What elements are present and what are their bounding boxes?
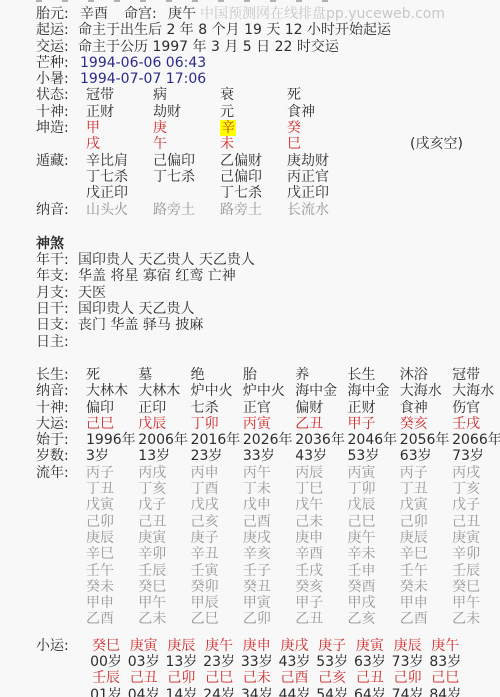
liunian-cell: 壬午 [400,563,428,579]
liunian-cell: 己亥 [191,514,219,530]
dayun-row-label: 长生: [36,367,69,383]
liunian-cell: 辛巳 [400,546,428,562]
xiaoyun-ganzhi-cell: 己未 [238,670,276,686]
shishen-cell: 劫财 [153,104,181,120]
four-pillars-section: 状态:冠带病衰死十神:正财劫财元食神坤造:甲庚辛癸戌午未巳(戌亥空)遁藏:辛比肩… [0,87,500,217]
jiaoyun-text: 命主于公历 1997 年 3 月 5 日 22 时交运 [78,39,339,55]
liunian-cell: 壬子 [243,563,271,579]
nayin-row: 纳音:山头火路旁土路旁土长流水 [0,202,500,218]
liunian-cell: 丁卯 [348,481,376,497]
liunian-cell: 丁巳 [295,481,323,497]
liunian-cell: 乙丑 [295,611,323,627]
duncang-row: 戊正印丁七杀戊正印 [0,185,500,201]
liunian-cell: 辛酉 [295,546,323,562]
dayun-cell: 正财 [348,400,376,416]
liunian-cell: 癸丑 [243,579,271,595]
liunian-cell: 壬申 [348,563,376,579]
shensha-text: 天医 [78,285,106,301]
liunian-cell: 戊午 [295,497,323,513]
liunian-cell: 戊申 [243,497,271,513]
liunian-row: 甲申甲午甲辰甲寅甲子甲戌甲申甲午 [0,595,500,611]
dayun-cell: 食神 [400,400,428,416]
shensha-row: 日支:丧门 华盖 驿马 披麻 [0,317,500,333]
liunian-cell: 辛巳 [86,546,114,562]
liunian-cell: 丙辰 [295,465,323,481]
zhuangtai-row-label: 状态: [36,87,69,103]
shensha-row-label: 月支: [36,285,69,301]
liunian-cell: 丙子 [86,465,114,481]
shensha-row: 日主: [0,334,500,350]
nayin-cell: 山头火 [86,202,128,218]
shensha-title: 神煞 [36,236,64,252]
xiaoyun-section: 小运:癸巳庚寅庚辰庚午庚申庚戌庚子庚寅庚辰庚午00岁03岁13岁23岁33岁43… [0,638,500,697]
liunian-cell: 乙酉 [86,611,114,627]
liunian-cell: 丁亥 [452,481,480,497]
shensha-row-label: 日干: [36,301,69,317]
zhuangtai-cell: 冠带 [86,87,114,103]
liunian-cell: 己未 [295,514,323,530]
shensha-title-row: 神煞 [0,236,500,252]
dayun-cell: 大林木 [86,383,128,399]
xiaoyun-row: 壬辰己丑己卯己巳己未己酉己亥己丑己卯己巳 [0,670,500,686]
dayun-cell: 正官 [243,400,271,416]
dayun-cell: 正印 [138,400,166,416]
xiaoyun-row: 小运:癸巳庚寅庚辰庚午庚申庚戌庚子庚寅庚辰庚午 [0,638,500,654]
xiaoshu-date: 1994-07-07 17:06 [80,71,206,87]
dayun-cell: 养 [295,367,309,383]
liunian-row: 壬午壬辰壬寅壬子壬戌壬申壬午壬辰 [0,563,500,579]
liunian-cell: 甲寅 [243,595,271,611]
shensha-text: 国印贵人 天乙贵人 [78,301,194,317]
liunian-cell: 庚寅 [452,530,480,546]
dayun-cell: 2026年 [243,432,293,448]
liunian-cell: 丁未 [243,481,271,497]
xiaoyun-row: 01岁04岁14岁24岁34岁44岁54岁64岁74岁84岁 [0,687,500,697]
xiaoyun-ganzhi-cell: 己巳 [200,670,238,686]
shensha-text: 丧门 华盖 驿马 披麻 [78,317,203,333]
liunian-cell: 乙酉 [400,611,428,627]
liunian-row: 己卯己丑己亥己酉己未己巳己卯己丑 [0,514,500,530]
xiaoyun-age-cell: 83岁 [426,654,464,670]
shensha-row: 日干:国印贵人 天乙贵人 [0,301,500,317]
shensha-row: 年干:国印贵人 天乙贵人 天乙贵人 [0,252,500,268]
liunian-cell: 丙戌 [452,465,480,481]
dayun-cell: 死 [86,367,100,383]
zhuangtai-row: 状态:冠带病衰死 [0,87,500,103]
minggong-value: 庚午 [168,6,196,22]
liunian-cell: 戊子 [452,497,480,513]
xiaoyun-age-cell: 43岁 [276,654,314,670]
liunian-cell: 乙未 [138,611,166,627]
xiaoyun-age-cell: 74岁 [389,687,427,697]
liunian-cell: 壬辰 [138,563,166,579]
shishen-row-label: 十神: [36,104,69,120]
dayun-cell: 63岁 [400,448,432,464]
mangzhong-label: 芒种: [36,55,69,71]
xiaoyun-ganzhi-cell: 庚辰 [389,638,427,654]
liunian-cell: 庚戌 [243,530,271,546]
branch-cell: 戌 [86,136,100,152]
dayun-cell: 23岁 [191,448,223,464]
liunian-row: 戊寅戊子戊戌戊申戊午戊辰戊寅戊子 [0,497,500,513]
duncang-cell: 己偏印 [220,169,262,185]
xiaoyun-age-cell: 24岁 [200,687,238,697]
duncang-cell: 乙偏财 [220,153,262,169]
xiaoyun-age-cell: 64岁 [351,687,389,697]
qiyun-row: 起运: 命主于出生后 2 年 8 个月 19 天 12 小时开始起运 [0,22,500,38]
minggong-label: 命宫: [124,6,157,22]
duncang-cell: 己偏印 [153,153,195,169]
dayun-cell: 73岁 [452,448,484,464]
duncang-row: 遁藏:辛比肩己偏印乙偏财庚劫财 [0,153,500,169]
dayun-cell: 冠带 [452,367,480,383]
dayun-section: 长生:死墓绝胎养长生沐浴冠带纳音:大林木大林木炉中火炉中火海中金海中金大海水大海… [0,367,500,628]
liunian-cell: 辛丑 [191,546,219,562]
branch-cell: 未 [220,136,234,152]
liunian-cell: 壬寅 [191,563,219,579]
liunian-cell: 甲申 [86,595,114,611]
liunian-cell: 庚寅 [138,530,166,546]
liunian-cell: 癸未 [400,579,428,595]
dayun-cell: 53岁 [348,448,380,464]
xiaoyun-ganzhi-cell: 庚申 [238,638,276,654]
liunian-cell: 己酉 [243,514,271,530]
liunian-cell: 壬辰 [452,563,480,579]
xiaoyun-ganzhi-cell: 癸巳 [87,638,125,654]
dayun-row: 大运:己巳戊辰丁卯丙寅乙丑甲子癸亥壬戌 [0,416,500,432]
qiyun-text: 命主于出生后 2 年 8 个月 19 天 12 小时开始起运 [78,22,391,38]
xiaoshu-label: 小暑: [36,71,69,87]
dayun-cell: 壬戌 [452,416,480,432]
xiaoyun-age-cell: 44岁 [276,687,314,697]
duncang-cell: 庚劫财 [287,153,329,169]
shishen-cell: 正财 [86,104,114,120]
xiaoyun-ganzhi-cell: 庚戌 [276,638,314,654]
dayun-cell: 胎 [243,367,257,383]
xiaoyun-age-cell: 84岁 [426,687,464,697]
dayun-row-label: 大运: [36,416,69,432]
xiaoyun-age-cell: 34岁 [238,687,276,697]
liunian-cell: 丙寅 [348,465,376,481]
shensha-row-label: 日支: [36,317,69,333]
xiaoyun-age-cell: 04岁 [125,687,163,697]
liunian-cell: 己卯 [400,514,428,530]
liunian-cell: 庚辰 [400,530,428,546]
zhuangtai-cell: 衰 [220,87,234,103]
dayun-row-label: 岁数: [36,448,69,464]
liunian-cell: 乙巳 [191,611,219,627]
dayun-cell: 海中金 [295,383,337,399]
xiaoyun-ganzhi-cell: 己酉 [276,670,314,686]
xiaoyun-age-cell: 00岁 [87,654,125,670]
branch-cell: 巳 [287,136,301,152]
xiaoyun-age-cell: 73岁 [389,654,427,670]
liunian-cell: 戊戌 [191,497,219,513]
dayun-cell: 戊辰 [138,416,166,432]
dayun-cell: 大海水 [400,383,442,399]
liunian-cell: 庚申 [295,530,323,546]
liunian-cell: 辛未 [348,546,376,562]
liunian-cell: 丙子 [400,465,428,481]
liunian-cell: 己卯 [86,514,114,530]
xiaoyun-ganzhi-cell: 庚子 [313,638,351,654]
zhuangtai-cell: 病 [153,87,167,103]
dayun-cell: 33岁 [243,448,275,464]
nayin-row-label: 纳音: [36,202,69,218]
xiaoyun-ganzhi-cell: 庚辰 [162,638,200,654]
clipped-row-remnant [36,0,336,2]
dayun-cell: 沐浴 [400,367,428,383]
taiyuan-minggong-row: 胎元: 辛酉 命宫: 庚午 中国预测网在线排盘pp.yuceweb.com [0,6,500,22]
xiaoyun-age-cell: 01岁 [87,687,125,697]
liunian-row: 癸未癸巳癸卯癸丑癸亥癸酉癸未癸巳 [0,579,500,595]
duncang-cell: 丙正官 [287,169,329,185]
liunian-cell: 壬午 [86,563,114,579]
stem-cell: 甲 [86,120,100,136]
nayin-cell: 路旁土 [220,202,262,218]
dayun-row-label: 纳音: [36,383,69,399]
liunian-cell: 甲子 [295,595,323,611]
liunian-cell: 庚子 [191,530,219,546]
jiaoyun-label: 交运: [36,39,69,55]
liunian-cell: 己丑 [452,514,480,530]
duncang-cell: 戊正印 [287,185,329,201]
liunian-cell: 戊辰 [348,497,376,513]
liunian-row: 庚辰庚寅庚子庚戌庚申庚午庚辰庚寅 [0,530,500,546]
xiaoyun-ganzhi-cell: 己丑 [125,670,163,686]
dayun-cell: 2016年 [191,432,241,448]
xiaoyun-age-cell: 14岁 [162,687,200,697]
dayun-cell: 大林木 [138,383,180,399]
xiaoyun-ganzhi-cell: 己卯 [389,670,427,686]
xiaoyun-age-cell: 33岁 [238,654,276,670]
liunian-cell: 戊子 [138,497,166,513]
kunzao-stems-row-label: 坤造: [36,120,69,136]
site-watermark: 中国预测网在线排盘pp.yuceweb.com [200,6,445,22]
liunian-row-label: 流年: [36,465,69,481]
duncang-row: 丁七杀丁七杀己偏印丙正官 [0,169,500,185]
kunzao-branches-row: 戌午未巳(戌亥空) [0,136,500,152]
dayun-cell: 2056年 [400,432,450,448]
mangzhong-date: 1994-06-06 06:43 [80,55,206,71]
liunian-cell: 甲辰 [191,595,219,611]
shishen-cell: 元 [220,104,234,120]
liunian-cell: 甲午 [138,595,166,611]
dayun-cell: 七杀 [191,400,219,416]
shensha-row-label: 年干: [36,252,69,268]
liunian-cell: 丁酉 [191,481,219,497]
dayun-cell: 2006年 [138,432,188,448]
liunian-cell: 丙申 [191,465,219,481]
xiaoyun-age-cell: 13岁 [162,654,200,670]
dayun-cell: 乙丑 [295,416,323,432]
liunian-cell: 丁亥 [138,481,166,497]
xiaoyun-ganzhi-cell: 己亥 [313,670,351,686]
xiaoyun-ganzhi-cell: 己卯 [162,670,200,686]
liunian-cell: 乙亥 [348,611,376,627]
dayun-cell: 丁卯 [191,416,219,432]
dayun-row-label: 十神: [36,400,69,416]
xiaoyun-ganzhi-cell: 庚寅 [351,638,389,654]
dayun-row: 岁数:3岁13岁23岁33岁43岁53岁63岁73岁 [0,448,500,464]
xiaoyun-age-cell: 54岁 [313,687,351,697]
dayun-cell: 海中金 [348,383,390,399]
liunian-row: 辛巳辛卯辛丑辛亥辛酉辛未辛巳辛卯 [0,546,500,562]
xiaoyun-age-cell: 03岁 [125,654,163,670]
xiaoyun-age-cell: 23岁 [200,654,238,670]
dayun-cell: 2046年 [348,432,398,448]
dayun-cell: 伤官 [452,400,480,416]
liunian-cell: 甲申 [400,595,428,611]
xiaoyun-age-cell: 53岁 [313,654,351,670]
dayun-cell: 墓 [138,367,152,383]
dayun-cell: 甲子 [348,416,376,432]
dayun-cell: 己巳 [86,416,114,432]
liunian-cell: 甲戌 [348,595,376,611]
dayun-cell: 43岁 [295,448,327,464]
stem-cell: 辛 [220,120,236,136]
duncang-cell: 丁七杀 [153,169,195,185]
dayun-row-label: 始于: [36,432,69,448]
xiaoyun-ganzhi-cell: 庚午 [426,638,464,654]
kongwang-note: (戌亥空) [410,136,463,152]
xiaoshu-row: 小暑: 1994-07-07 17:06 [0,71,500,87]
duncang-row-label: 遁藏: [36,153,69,169]
shensha-row-label: 日主: [36,334,69,350]
xiaoyun-ganzhi-cell: 壬辰 [87,670,125,686]
liunian-cell: 丙午 [243,465,271,481]
xiaoyun-ganzhi-cell: 庚午 [200,638,238,654]
duncang-cell: 辛比肩 [86,153,128,169]
duncang-cell: 丁七杀 [220,185,262,201]
shensha-text: 华盖 将星 寡宿 红鸾 亡神 [78,268,236,284]
liunian-cell: 癸亥 [295,579,323,595]
branch-cell: 午 [153,136,167,152]
jiaoyun-row: 交运: 命主于公历 1997 年 3 月 5 日 22 时交运 [0,39,500,55]
bazi-chart-page: 胎元: 辛酉 命宫: 庚午 中国预测网在线排盘pp.yuceweb.com 起运… [0,0,500,697]
dayun-row: 纳音:大林木大林木炉中火炉中火海中金海中金大海水大海水 [0,383,500,399]
liunian-cell: 丙戌 [138,465,166,481]
shishen-row: 十神:正财劫财元食神 [0,104,500,120]
liunian-cell: 乙卯 [243,611,271,627]
liunian-cell: 辛卯 [138,546,166,562]
liunian-cell: 壬戌 [295,563,323,579]
dayun-cell: 2036年 [295,432,345,448]
xiaoyun-ganzhi-cell: 己丑 [351,670,389,686]
dayun-cell: 丙寅 [243,416,271,432]
liunian-cell: 己丑 [138,514,166,530]
liunian-cell: 丁丑 [86,481,114,497]
liunian-cell: 甲午 [452,595,480,611]
dayun-cell: 13岁 [138,448,170,464]
kunzao-stems-row: 坤造:甲庚辛癸 [0,120,500,136]
dayun-cell: 绝 [191,367,205,383]
liunian-cell: 庚午 [348,530,376,546]
dayun-cell: 偏印 [86,400,114,416]
dayun-cell: 大海水 [452,383,494,399]
nayin-cell: 路旁土 [153,202,195,218]
dayun-cell: 偏财 [295,400,323,416]
liunian-cell: 丁丑 [400,481,428,497]
stem-cell: 癸 [287,120,301,136]
liunian-cell: 癸酉 [348,579,376,595]
liunian-cell: 癸巳 [452,579,480,595]
dayun-cell: 长生 [348,367,376,383]
dayun-cell: 1996年 [86,432,136,448]
dayun-cell: 炉中火 [243,383,285,399]
shensha-section: 神煞 年干:国印贵人 天乙贵人 天乙贵人年支:华盖 将星 寡宿 红鸾 亡神月支:… [0,236,500,350]
liunian-row: 乙酉乙未乙巳乙卯乙丑乙亥乙酉乙未 [0,611,500,627]
shensha-rows: 年干:国印贵人 天乙贵人 天乙贵人年支:华盖 将星 寡宿 红鸾 亡神月支:天医日… [0,252,500,350]
liunian-cell: 戊寅 [400,497,428,513]
xiaoyun-ganzhi-cell: 庚寅 [125,638,163,654]
dayun-cell: 炉中火 [191,383,233,399]
xiaoyun-row-label: 小运: [36,638,69,654]
shensha-text: 国印贵人 天乙贵人 天乙贵人 [78,252,255,268]
qiyun-label: 起运: [36,22,69,38]
taiyuan-label: 胎元: [36,6,69,22]
liunian-cell: 庚辰 [86,530,114,546]
dayun-row: 始于:1996年2006年2016年2026年2036年2046年2056年20… [0,432,500,448]
liunian-cell: 己巳 [348,514,376,530]
liunian-cell: 戊寅 [86,497,114,513]
dayun-row: 长生:死墓绝胎养长生沐浴冠带 [0,367,500,383]
dayun-cell: 3岁 [86,448,109,464]
duncang-cell: 丁七杀 [86,169,128,185]
shensha-row: 年支:华盖 将星 寡宿 红鸾 亡神 [0,268,500,284]
liunian-cell: 癸未 [86,579,114,595]
liunian-cell: 辛卯 [452,546,480,562]
stem-cell: 庚 [153,120,167,136]
liunian-cell: 辛亥 [243,546,271,562]
xiaoyun-age-cell: 63岁 [351,654,389,670]
shensha-row-label: 年支: [36,268,69,284]
dayun-cell: 癸亥 [400,416,428,432]
liunian-row: 流年:丙子丙戌丙申丙午丙辰丙寅丙子丙戌 [0,465,500,481]
nayin-cell: 长流水 [287,202,329,218]
liunian-cell: 癸巳 [138,579,166,595]
taiyuan-value: 辛酉 [80,6,108,22]
xiaoyun-row: 00岁03岁13岁23岁33岁43岁53岁63岁73岁83岁 [0,654,500,670]
liunian-cell: 癸卯 [191,579,219,595]
shensha-row: 月支:天医 [0,285,500,301]
dayun-row: 十神:偏印正印七杀正官偏财正财食神伤官 [0,400,500,416]
duncang-cell: 戊正印 [86,185,128,201]
dayun-cell: 2066年 [452,432,500,448]
mangzhong-row: 芒种: 1994-06-06 06:43 [0,55,500,71]
liunian-cell: 乙未 [452,611,480,627]
zhuangtai-cell: 死 [287,87,301,103]
liunian-row: 丁丑丁亥丁酉丁未丁巳丁卯丁丑丁亥 [0,481,500,497]
xiaoyun-ganzhi-cell: 己巳 [426,670,464,686]
shishen-cell: 食神 [287,104,315,120]
